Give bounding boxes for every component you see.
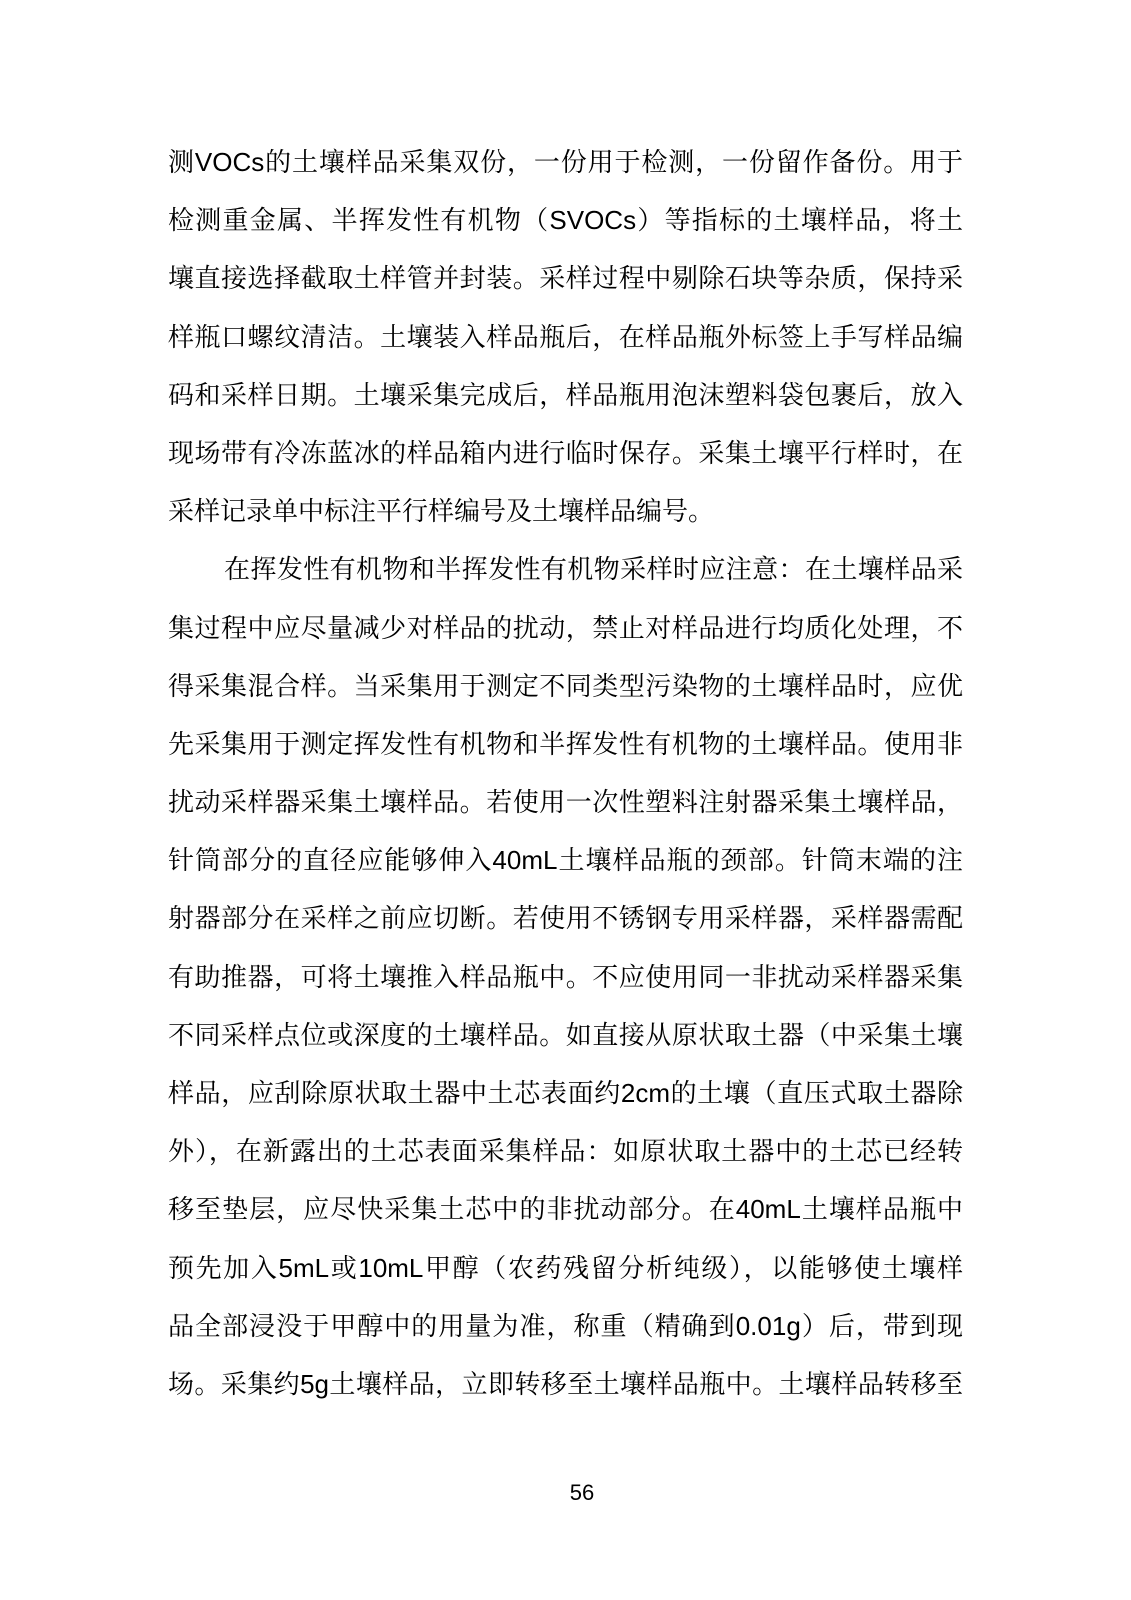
text-line: 先采集用于测定挥发性有机物和半挥发性有机物的土壤样品。使用非	[168, 715, 963, 773]
text-line: 品全部浸没于甲醇中的用量为准，称重（精确到0.01g）后，带到现	[168, 1297, 963, 1355]
text-line: 针筒部分的直径应能够伸入40mL土壤样品瓶的颈部。针筒末端的注	[168, 831, 963, 889]
text-line: 检测重金属、半挥发性有机物（SVOCs）等指标的土壤样品，将土	[168, 191, 963, 249]
text-line: 现场带有冷冻蓝冰的样品箱内进行临时保存。采集土壤平行样时，在	[168, 424, 963, 482]
text-line: 样瓶口螺纹清洁。土壤装入样品瓶后，在样品瓶外标签上手写样品编	[168, 308, 963, 366]
text-line: 有助推器，可将土壤推入样品瓶中。不应使用同一非扰动采样器采集	[168, 948, 963, 1006]
document-body: 测VOCs的土壤样品采集双份，一份用于检测，一份留作备份。用于检测重金属、半挥发…	[168, 133, 963, 1413]
text-line: 壤直接选择截取土样管并封装。采样过程中剔除石块等杂质，保持采	[168, 249, 963, 307]
text-line: 外），在新露出的土芯表面采集样品：如原状取土器中的土芯已经转	[168, 1122, 963, 1180]
text-line: 采样记录单中标注平行样编号及土壤样品编号。	[168, 482, 963, 540]
text-line: 移至垫层，应尽快采集土芯中的非扰动部分。在40mL土壤样品瓶中	[168, 1180, 963, 1238]
text-line: 场。采集约5g土壤样品，立即转移至土壤样品瓶中。土壤样品转移至	[168, 1355, 963, 1413]
page-number: 56	[0, 1480, 1131, 1506]
text-line: 码和采样日期。土壤采集完成后，样品瓶用泡沫塑料袋包裹后，放入	[168, 366, 963, 424]
text-line: 在挥发性有机物和半挥发性有机物采样时应注意：在土壤样品采	[168, 540, 963, 598]
text-line: 得采集混合样。当采集用于测定不同类型污染物的土壤样品时，应优	[168, 657, 963, 715]
text-line: 预先加入5mL或10mL甲醇（农药残留分析纯级），以能够使土壤样	[168, 1239, 963, 1297]
document-page: 测VOCs的土壤样品采集双份，一份用于检测，一份留作备份。用于检测重金属、半挥发…	[0, 0, 1131, 1600]
text-line: 测VOCs的土壤样品采集双份，一份用于检测，一份留作备份。用于	[168, 133, 963, 191]
text-line: 样品，应刮除原状取土器中土芯表面约2cm的土壤（直压式取土器除	[168, 1064, 963, 1122]
text-line: 扰动采样器采集土壤样品。若使用一次性塑料注射器采集土壤样品，	[168, 773, 963, 831]
text-line: 射器部分在采样之前应切断。若使用不锈钢专用采样器，采样器需配	[168, 889, 963, 947]
text-line: 不同采样点位或深度的土壤样品。如直接从原状取土器（中采集土壤	[168, 1006, 963, 1064]
text-line: 集过程中应尽量减少对样品的扰动，禁止对样品进行均质化处理，不	[168, 599, 963, 657]
